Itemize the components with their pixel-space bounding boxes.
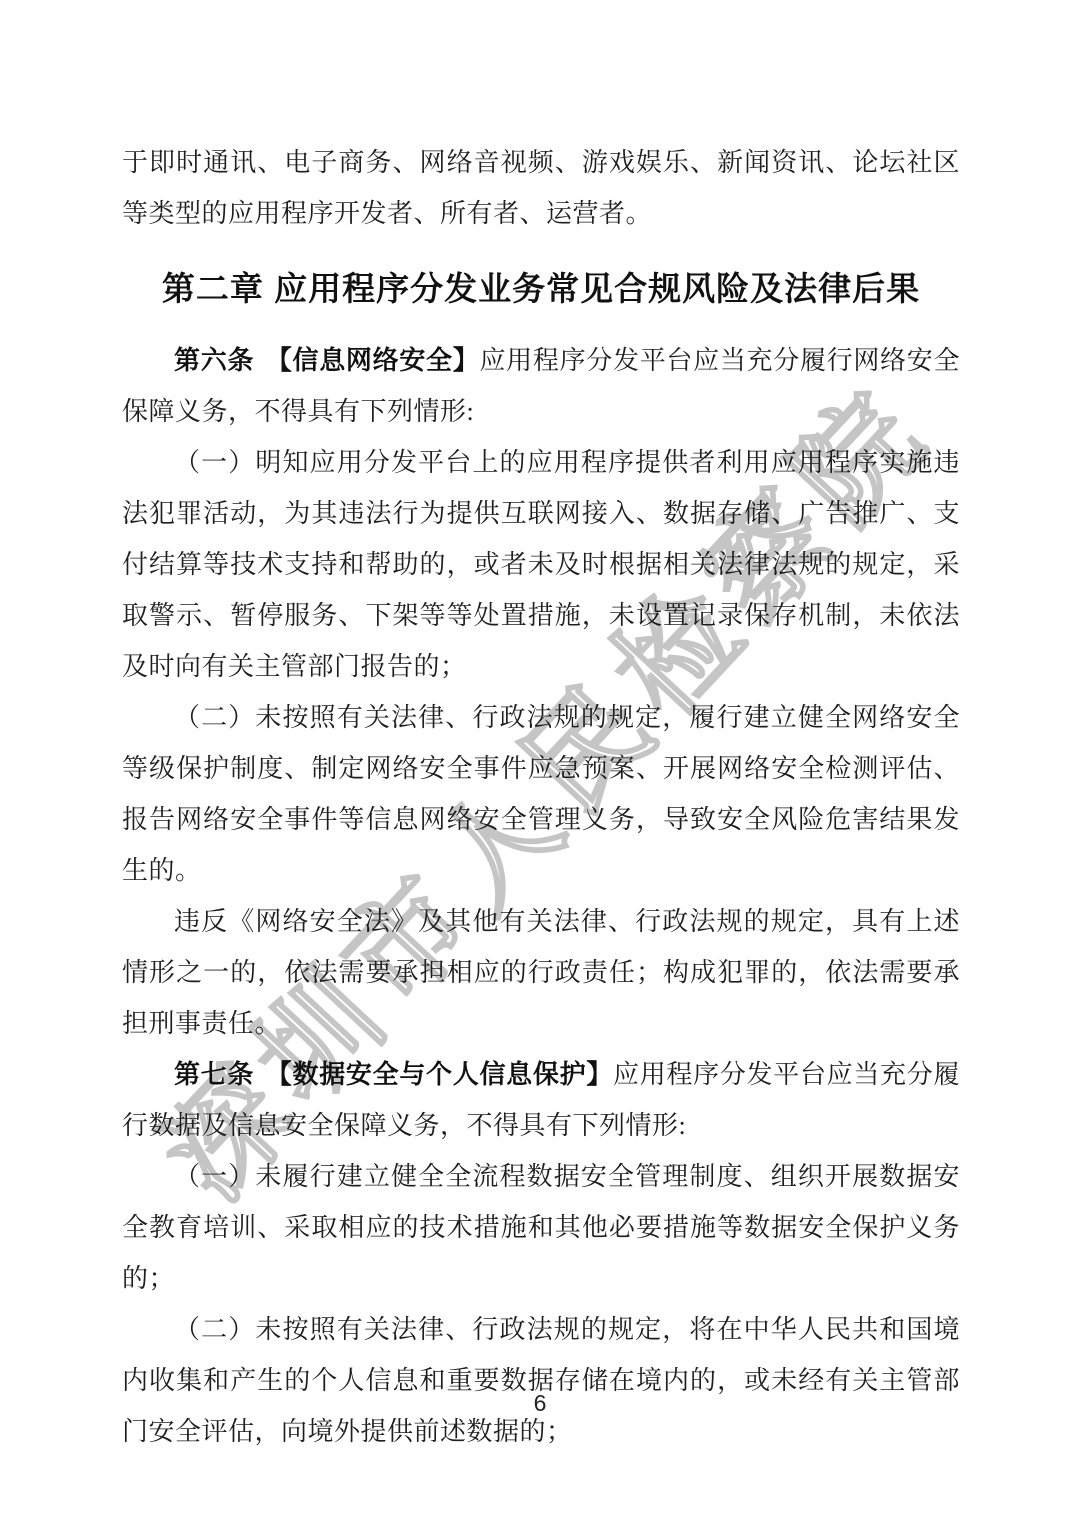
article7-number: 第七条 [174,1059,254,1089]
article6-liability-paragraph: 违反《网络安全法》及其他有关法律、行政法规的规定，具有上述情形之一的，依法需要承… [122,896,960,1049]
paragraph-intro: 于即时通讯、电子商务、网络音视频、游戏娱乐、新闻资讯、论坛社区等类型的应用程序开… [122,137,960,239]
article6-item-1: （一）明知应用分发平台上的应用程序提供者利用应用程序实施违法犯罪活动，为其违法行… [122,437,960,692]
page-number: 6 [0,1390,1080,1417]
chapter-heading: 第二章 应用程序分发业务常见合规风险及法律后果 [122,266,960,312]
document-page: 深圳市人民检察院 于即时通讯、电子商务、网络音视频、游戏娱乐、新闻资讯、论坛社区… [0,0,1080,1527]
article6-title: 【信息网络安全】 [266,345,480,375]
document-content: 于即时通讯、电子商务、网络音视频、游戏娱乐、新闻资讯、论坛社区等类型的应用程序开… [0,0,1080,1457]
article7-item-2: （二）未按照有关法律、行政法规的规定，将在中华人民共和国境内收集和产生的个人信息… [122,1304,960,1457]
article7-item-1: （一）未履行建立健全全流程数据安全管理制度、组织开展数据安全教育培训、采取相应的… [122,1151,960,1304]
article6-lead-paragraph: 第六条【信息网络安全】应用程序分发平台应当充分履行网络安全保障义务，不得具有下列… [122,335,960,437]
article6-item-2: （二）未按照有关法律、行政法规的规定，履行建立健全网络安全等级保护制度、制定网络… [122,692,960,896]
article6-number: 第六条 [174,345,254,375]
article7-title: 【数据安全与个人信息保护】 [266,1059,613,1089]
article7-lead-paragraph: 第七条【数据安全与个人信息保护】应用程序分发平台应当充分履行数据及信息安全保障义… [122,1049,960,1151]
